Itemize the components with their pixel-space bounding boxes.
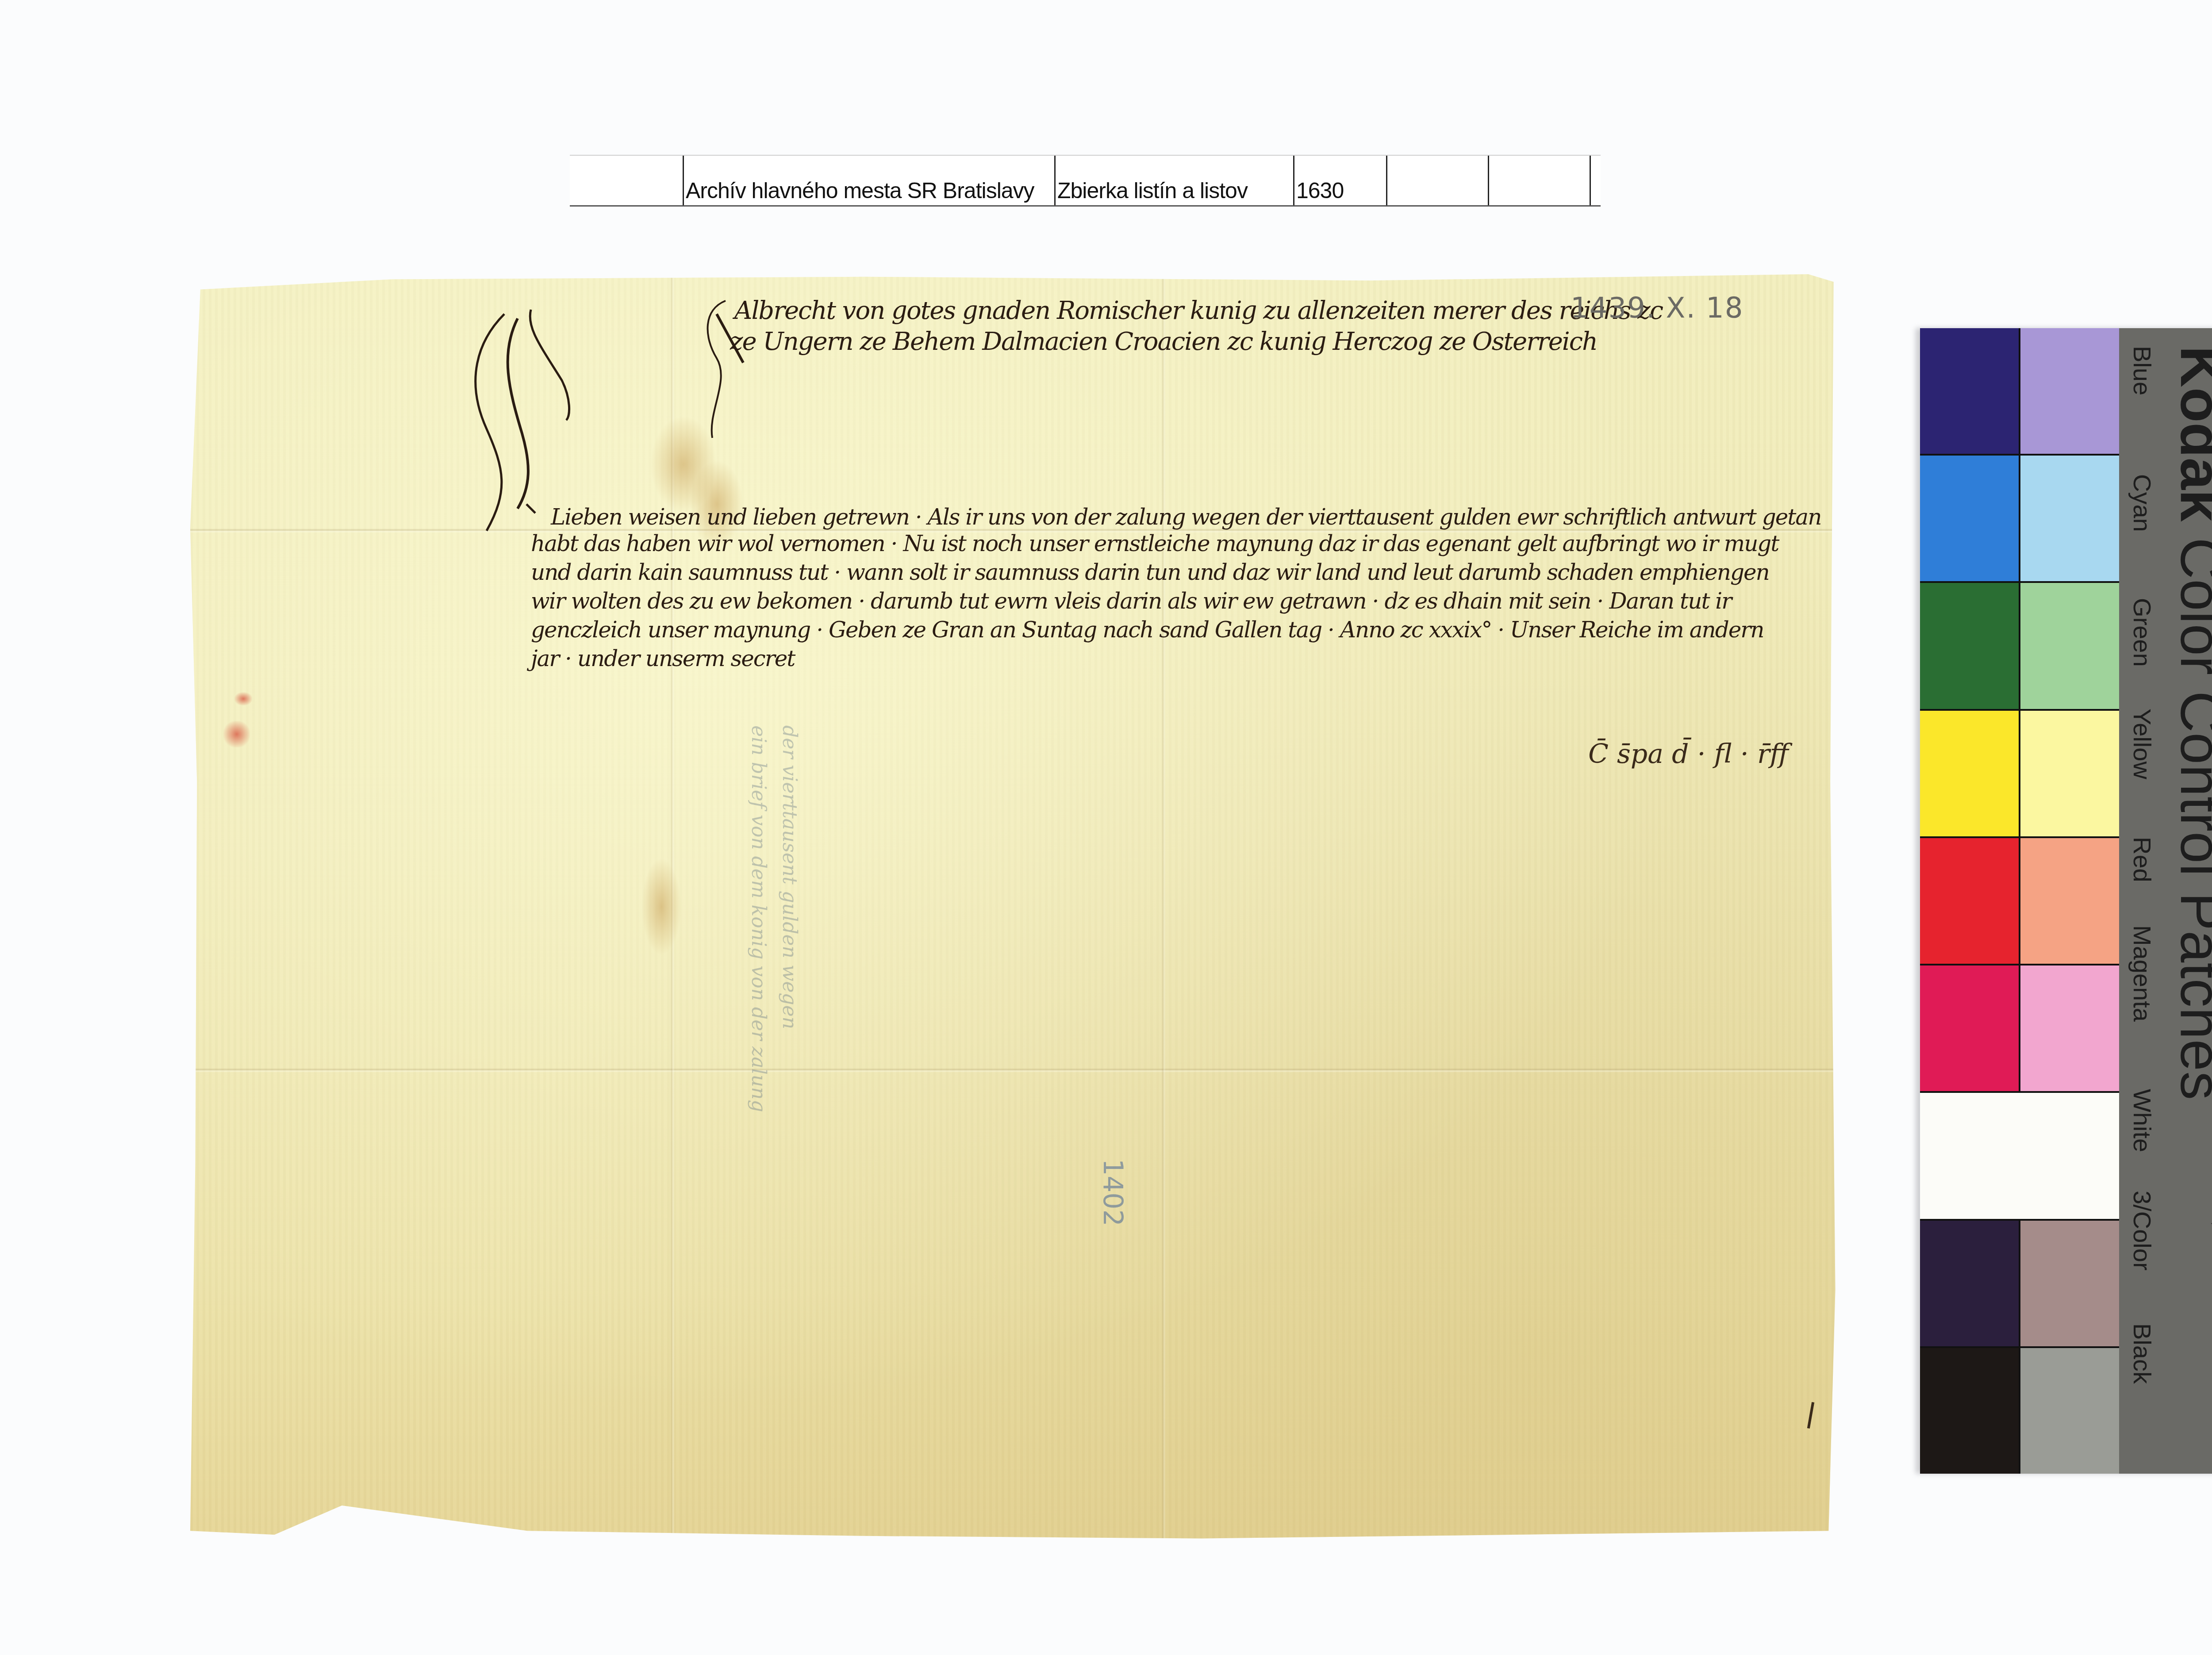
patch-green-dark bbox=[1920, 583, 2019, 709]
kodak-color-control-strip: Kodak Color Control Patches Blue Cyan Gr… bbox=[1920, 328, 2212, 1474]
body-line-1: Lieben weisen und lieben getrewn · Als i… bbox=[551, 504, 1821, 530]
patch-label-black: Black bbox=[2128, 1323, 2157, 1384]
patch-green-light bbox=[2020, 583, 2119, 709]
measurement-ruler: Kodak Color Control Patches Blue Cyan Gr… bbox=[2119, 328, 2212, 1474]
patch-yellow-light bbox=[2020, 711, 2119, 836]
patch-magenta-dark bbox=[1920, 965, 2019, 1091]
patch-label-cyan: Cyan bbox=[2128, 474, 2157, 532]
patch-magenta-light bbox=[2020, 965, 2119, 1091]
body-line-6: jar · under unserm secret bbox=[531, 646, 795, 671]
patch-white bbox=[1920, 1093, 2119, 1218]
body-line-3: und darin kain saumnuss tut · wann solt … bbox=[531, 559, 1769, 585]
patch-label-yellow: Yellow bbox=[2128, 709, 2157, 779]
document-number: 1630 bbox=[1294, 156, 1387, 205]
bleed-through-text: ein brief von dem konig von der zalung bbox=[747, 725, 770, 1112]
archival-date-pencil: 1439. X. 18 bbox=[1571, 292, 1744, 325]
bleed-through-text: der vierttausent gulden wegen bbox=[778, 725, 801, 1029]
archive-label-cell-blank bbox=[1489, 156, 1591, 205]
patch-blue-light bbox=[2020, 328, 2119, 454]
red-wax-mark bbox=[234, 692, 252, 705]
color-patches bbox=[1920, 328, 2119, 1474]
body-line-5: genczleich unser maynung · Geben ze Gran… bbox=[531, 617, 1763, 643]
archive-label: Archív hlavného mesta SR Bratislavy Zbie… bbox=[570, 155, 1601, 207]
patch-black-light bbox=[2020, 1348, 2119, 1474]
patch-cyan-dark bbox=[1920, 456, 2019, 581]
fold-line bbox=[1161, 274, 1166, 1544]
chancery-notation: C̄ s̄pa d̄ · fl · r̄ff bbox=[1588, 739, 1789, 770]
water-stain bbox=[641, 858, 681, 955]
patch-black-dark bbox=[1920, 1348, 2019, 1474]
fold-line bbox=[190, 1068, 1876, 1073]
red-wax-mark bbox=[223, 721, 250, 747]
patch-blue-dark bbox=[1920, 328, 2019, 454]
patch-label-green: Green bbox=[2128, 598, 2157, 667]
collection-name: Zbierka listín a listov bbox=[1056, 156, 1294, 205]
patch-red-dark bbox=[1920, 838, 2019, 964]
kodak-brand: Kodak Color Control Patches bbox=[2172, 346, 2212, 1100]
heading-line-2: ze Ungern ze Behem Dalmacien Croacien zc… bbox=[730, 327, 1597, 356]
heading-line-1: Albrecht von gotes gnaden Romischer kuni… bbox=[734, 296, 1663, 325]
body-line-2: habt das haben wir wol vernomen · Nu ist… bbox=[531, 531, 1778, 556]
patch-red-light bbox=[2020, 838, 2119, 964]
ink-stroke bbox=[1807, 1402, 1814, 1429]
archive-label-cell-blank bbox=[570, 156, 684, 205]
body-line-4: wir wolten des zu ew bekomen · darumb tu… bbox=[531, 588, 1731, 614]
patch-3color-dark bbox=[1920, 1221, 2019, 1346]
kodak-copyright: © Kodak, 2007 TM: Kodak bbox=[2210, 1173, 2212, 1313]
patch-cyan-light bbox=[2020, 456, 2119, 581]
archive-name: Archív hlavného mesta SR Bratislavy bbox=[684, 156, 1056, 205]
patch-label-red: Red bbox=[2128, 837, 2157, 882]
pencil-number: 1402 bbox=[1097, 1159, 1128, 1226]
parchment-letter: Albrecht von gotes gnaden Romischer kuni… bbox=[190, 274, 1876, 1544]
patch-label-white: White bbox=[2128, 1089, 2157, 1152]
archive-label-cell-blank bbox=[1387, 156, 1489, 205]
patch-label-magenta: Magenta bbox=[2128, 925, 2157, 1022]
patch-label-blue: Blue bbox=[2128, 346, 2157, 395]
patch-yellow-dark bbox=[1920, 711, 2019, 836]
patch-label-3color: 3/Color bbox=[2128, 1191, 2157, 1271]
patch-3color-light bbox=[2020, 1221, 2119, 1346]
